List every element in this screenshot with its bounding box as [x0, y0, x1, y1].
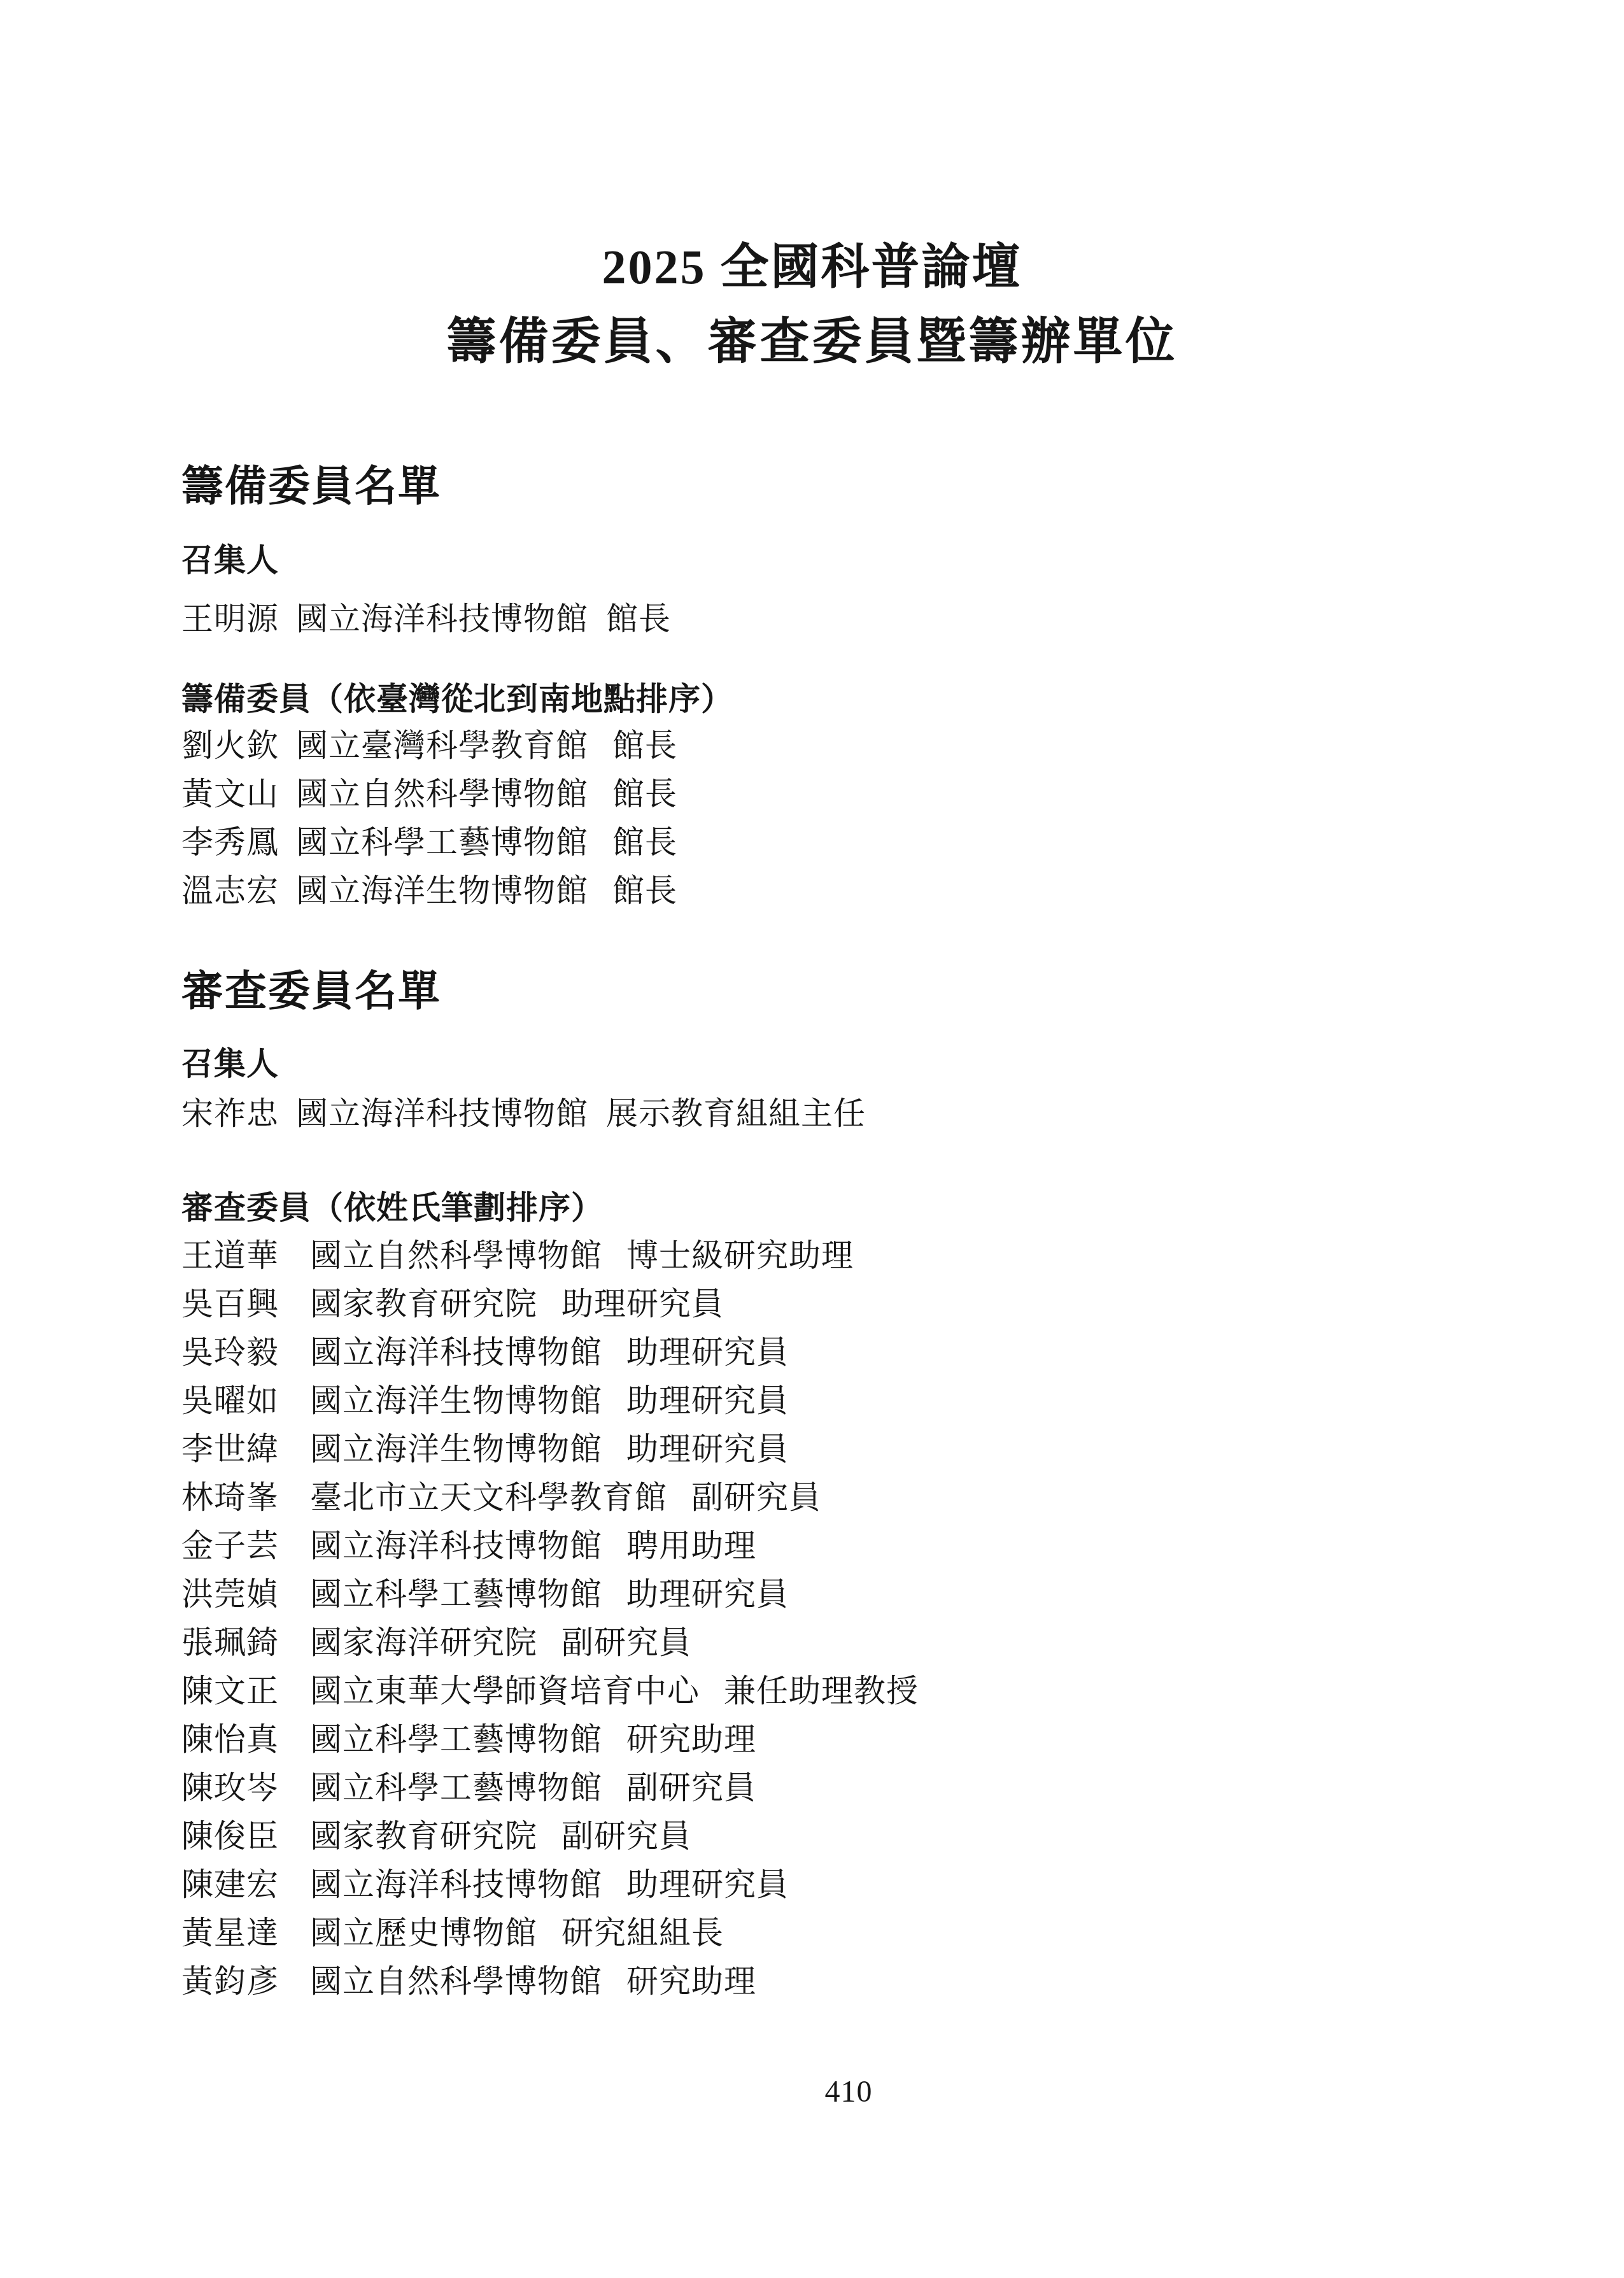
- person-organization: 國立海洋生物博物館: [310, 1376, 602, 1425]
- prep-member-list: 劉火欽 國立臺灣科學教育館 館長 黃文山 國立自然科學博物館 館長 李秀鳳 國立…: [181, 721, 1497, 915]
- person-organization: 國立科學工藝博物館: [296, 818, 588, 867]
- member-row: 黃鈞彥 國立自然科學博物館 研究助理: [181, 1957, 1497, 2006]
- member-row: 劉火欽 國立臺灣科學教育館 館長: [181, 721, 1497, 770]
- person-organization: 國家教育研究院: [310, 1280, 537, 1328]
- member-row: 李秀鳳 國立科學工藝博物館 館長: [181, 818, 1497, 867]
- prep-section-heading: 籌備委員名單: [181, 466, 1497, 508]
- page-number: 410: [825, 2075, 873, 2109]
- person-organization: 國立海洋科技博物館: [296, 1098, 588, 1129]
- member-row: 黃文山 國立自然科學博物館 館長: [181, 770, 1497, 818]
- person-name: 宋祚忠: [181, 1098, 281, 1129]
- person-organization: 國立海洋科技博物館: [310, 1328, 602, 1376]
- person-job-title: 助理研究員: [626, 1328, 789, 1376]
- person-job-title: 研究助理: [626, 1957, 756, 2006]
- person-organization: 國家海洋研究院: [310, 1618, 537, 1667]
- person-name: 劉火欽: [181, 721, 281, 770]
- person-job-title: 館長: [612, 721, 677, 770]
- person-organization: 國立海洋科技博物館: [296, 603, 588, 635]
- review-convener-label: 召集人: [181, 1048, 1497, 1080]
- review-members-heading: 審查委員（依姓氏筆劃排序）: [181, 1192, 1497, 1224]
- person-job-title: 助理研究員: [561, 1280, 724, 1328]
- member-row: 陳玫岑 國立科學工藝博物館 副研究員: [181, 1764, 1497, 1812]
- title-block: 2025 全國科普論壇 籌備委員、審查委員暨籌辦單位: [0, 0, 1624, 367]
- member-row: 金子芸 國立海洋科技博物館 聘用助理: [181, 1522, 1497, 1570]
- review-section-heading: 審查委員名單: [181, 971, 1497, 1013]
- person-job-title: 副研究員: [626, 1764, 756, 1812]
- person-name: 王明源: [181, 603, 281, 635]
- member-row: 陳文正 國立東華大學師資培育中心 兼任助理教授: [181, 1667, 1497, 1715]
- person-organization: 國立海洋生物博物館: [296, 867, 588, 915]
- person-name: 溫志宏: [181, 867, 281, 915]
- page-content: 籌備委員名單 召集人 王明源 國立海洋科技博物館 館長 籌備委員（依臺灣從北到南…: [181, 466, 1497, 2107]
- person-job-title: 副研究員: [561, 1618, 691, 1667]
- person-organization: 國家教育研究院: [310, 1812, 537, 1860]
- page-subtitle: 籌備委員、審查委員暨籌辦單位: [0, 317, 1624, 367]
- person-job-title: 研究助理: [626, 1715, 756, 1764]
- member-row: 陳怡真 國立科學工藝博物館 研究助理: [181, 1715, 1497, 1764]
- person-organization: 國立臺灣科學教育館: [296, 721, 588, 770]
- person-name: 吳玲毅: [181, 1328, 281, 1376]
- person-organization: 國立海洋生物博物館: [310, 1425, 602, 1473]
- person-name: 陳建宏: [181, 1860, 281, 1909]
- person-job-title: 館長: [612, 867, 677, 915]
- page-title: 2025 全國科普論壇: [0, 243, 1624, 292]
- person-name: 李世緯: [181, 1425, 281, 1473]
- person-name: 陳玫岑: [181, 1764, 281, 1812]
- member-row: 吳曜如 國立海洋生物博物館 助理研究員: [181, 1376, 1497, 1425]
- review-member-list: 王道華 國立自然科學博物館 博士級研究助理 吳百興 國家教育研究院 助理研究員 …: [181, 1231, 1497, 2006]
- member-row: 吳百興 國家教育研究院 助理研究員: [181, 1280, 1497, 1328]
- person-name: 黃鈞彥: [181, 1957, 281, 2006]
- person-name: 陳文正: [181, 1667, 281, 1715]
- prep-members-heading: 籌備委員（依臺灣從北到南地點排序）: [181, 683, 1497, 715]
- person-job-title: 館長: [612, 818, 677, 867]
- person-name: 林琦峯: [181, 1473, 281, 1522]
- person-name: 陳怡真: [181, 1715, 281, 1764]
- member-row: 黃星達 國立歷史博物館 研究組組長: [181, 1909, 1497, 1957]
- member-row: 洪莞媜 國立科學工藝博物館 助理研究員: [181, 1570, 1497, 1618]
- person-job-title: 兼任助理教授: [724, 1667, 919, 1715]
- person-organization: 國立科學工藝博物館: [310, 1715, 602, 1764]
- document-page: 2025 全國科普論壇 籌備委員、審查委員暨籌辦單位 籌備委員名單 召集人 王明…: [0, 0, 1624, 2278]
- person-job-title: 聘用助理: [626, 1522, 756, 1570]
- person-name: 洪莞媜: [181, 1570, 281, 1618]
- person-name: 黃文山: [181, 770, 281, 818]
- person-job-title: 展示教育組組主任: [606, 1098, 866, 1129]
- person-organization: 國立自然科學博物館: [296, 770, 588, 818]
- member-row: 溫志宏 國立海洋生物博物館 館長: [181, 867, 1497, 915]
- person-organization: 國立海洋科技博物館: [310, 1522, 602, 1570]
- person-job-title: 副研究員: [561, 1812, 691, 1860]
- member-row: 張珮錡 國家海洋研究院 副研究員: [181, 1618, 1497, 1667]
- person-job-title: 館長: [612, 770, 677, 818]
- person-name: 黃星達: [181, 1909, 281, 1957]
- member-row: 陳俊臣 國家教育研究院 副研究員: [181, 1812, 1497, 1860]
- person-job-title: 助理研究員: [626, 1860, 789, 1909]
- person-job-title: 研究組組長: [561, 1909, 724, 1957]
- person-job-title: 助理研究員: [626, 1376, 789, 1425]
- person-name: 吳曜如: [181, 1376, 281, 1425]
- member-row: 吳玲毅 國立海洋科技博物館 助理研究員: [181, 1328, 1497, 1376]
- person-name: 王道華: [181, 1231, 281, 1280]
- person-job-title: 副研究員: [691, 1473, 821, 1522]
- person-name: 陳俊臣: [181, 1812, 281, 1860]
- person-organization: 國立歷史博物館: [310, 1909, 537, 1957]
- person-organization: 國立科學工藝博物館: [310, 1570, 602, 1618]
- person-name: 吳百興: [181, 1280, 281, 1328]
- page-footer: 410: [181, 2077, 1497, 2107]
- person-organization: 國立海洋科技博物館: [310, 1860, 602, 1909]
- person-organization: 國立自然科學博物館: [310, 1957, 602, 2006]
- member-row: 林琦峯 臺北市立天文科學教育館 副研究員: [181, 1473, 1497, 1522]
- person-organization: 國立東華大學師資培育中心: [310, 1667, 700, 1715]
- member-row: 王道華 國立自然科學博物館 博士級研究助理: [181, 1231, 1497, 1280]
- person-job-title: 館長: [606, 603, 671, 635]
- prep-convener-row: 王明源 國立海洋科技博物館 館長: [181, 603, 1497, 635]
- member-row: 陳建宏 國立海洋科技博物館 助理研究員: [181, 1860, 1497, 1909]
- person-name: 金子芸: [181, 1522, 281, 1570]
- person-organization: 國立自然科學博物館: [310, 1231, 602, 1280]
- review-convener-row: 宋祚忠 國立海洋科技博物館 展示教育組組主任: [181, 1098, 1497, 1129]
- member-row: 李世緯 國立海洋生物博物館 助理研究員: [181, 1425, 1497, 1473]
- person-job-title: 助理研究員: [626, 1570, 789, 1618]
- person-organization: 臺北市立天文科學教育館: [310, 1473, 667, 1522]
- person-name: 張珮錡: [181, 1618, 281, 1667]
- person-organization: 國立科學工藝博物館: [310, 1764, 602, 1812]
- person-job-title: 助理研究員: [626, 1425, 789, 1473]
- person-job-title: 博士級研究助理: [626, 1231, 854, 1280]
- person-name: 李秀鳳: [181, 818, 281, 867]
- prep-convener-label: 召集人: [181, 544, 1497, 576]
